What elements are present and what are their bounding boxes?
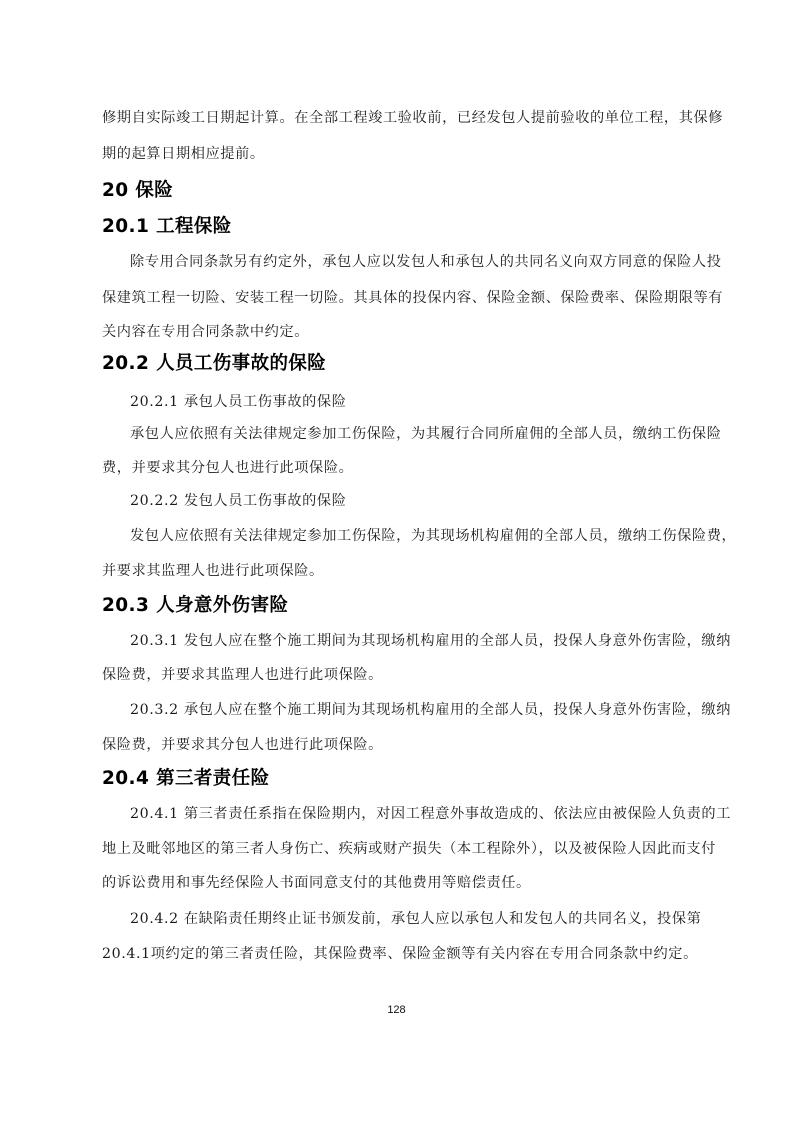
paragraph-line: 关内容在专用合同条款中约定。 [102,321,309,341]
subsection-title-20-2-2: 20.2.2 发包人员工伤事故的保险 [130,490,347,510]
section-heading-20-3: 20.3 人身意外伤害险 [102,591,288,617]
paragraph-line: 期的起算日期相应提前。 [102,143,265,163]
section-heading-20: 20 保险 [102,176,173,202]
section-heading-20-2: 20.2 人员工伤事故的保险 [102,349,326,375]
paragraph-line: 保建筑工程一切险、安装工程一切险。其具体的投保内容、保险金额、保险费率、保险期限… [102,287,723,307]
paragraph-line: 20.4.1项约定的第三者责任险，其保险费率、保险金额等有关内容在专用合同条款中… [102,943,698,963]
paragraph-line: 发包人应依照有关法律规定参加工伤保险，为其现场机构雇佣的全部人员，缴纳工伤保险费… [130,525,736,545]
paragraph-line: 费，并要求其分包人也进行此项保险。 [102,457,353,477]
paragraph-line: 承包人应依照有关法律规定参加工伤保险，为其履行合同所雇佣的全部人员，缴纳工伤保险 [130,423,722,443]
paragraph-line: 除专用合同条款另有约定外，承包人应以发包人和承包人的共同名义向双方同意的保险人投 [130,251,722,271]
paragraph-line: 并要求其监理人也进行此项保险。 [102,560,324,580]
paragraph-line: 的诉讼费用和事先经保险人书面同意支付的其他费用等赔偿责任。 [102,872,531,892]
paragraph-line: 修期自实际竣工日期起计算。在全部工程竣工验收前，已经发包人提前验收的单位工程，其… [102,107,723,127]
paragraph-line: 地上及毗邻地区的第三者人身伤亡、疾病或财产损失（本工程除外），以及被保险人因此而… [102,838,716,858]
paragraph-line: 保险费，并要求其分包人也进行此项保险。 [102,734,383,754]
paragraph-line: 20.3.1 发包人应在整个施工期间为其现场机构雇用的全部人员，投保人身意外伤害… [130,630,731,650]
paragraph-line: 20.4.2 在缺陷责任期终止证书颁发前，承包人应以承包人和发包人的共同名义，投… [130,908,701,928]
section-heading-20-4: 20.4 第三者责任险 [102,764,270,790]
paragraph-line: 20.4.1 第三者责任系指在保险期内，对因工程意外事故造成的、依法应由被保险人… [130,803,731,823]
paragraph-line: 20.3.2 承包人应在整个施工期间为其现场机构雇用的全部人员，投保人身意外伤害… [130,699,731,719]
subsection-title-20-2-1: 20.2.1 承包人员工伤事故的保险 [130,391,347,411]
paragraph-line: 保险费，并要求其监理人也进行此项保险。 [102,664,383,684]
page-number: 128 [0,1004,793,1016]
section-heading-20-1: 20.1 工程保险 [102,212,232,238]
